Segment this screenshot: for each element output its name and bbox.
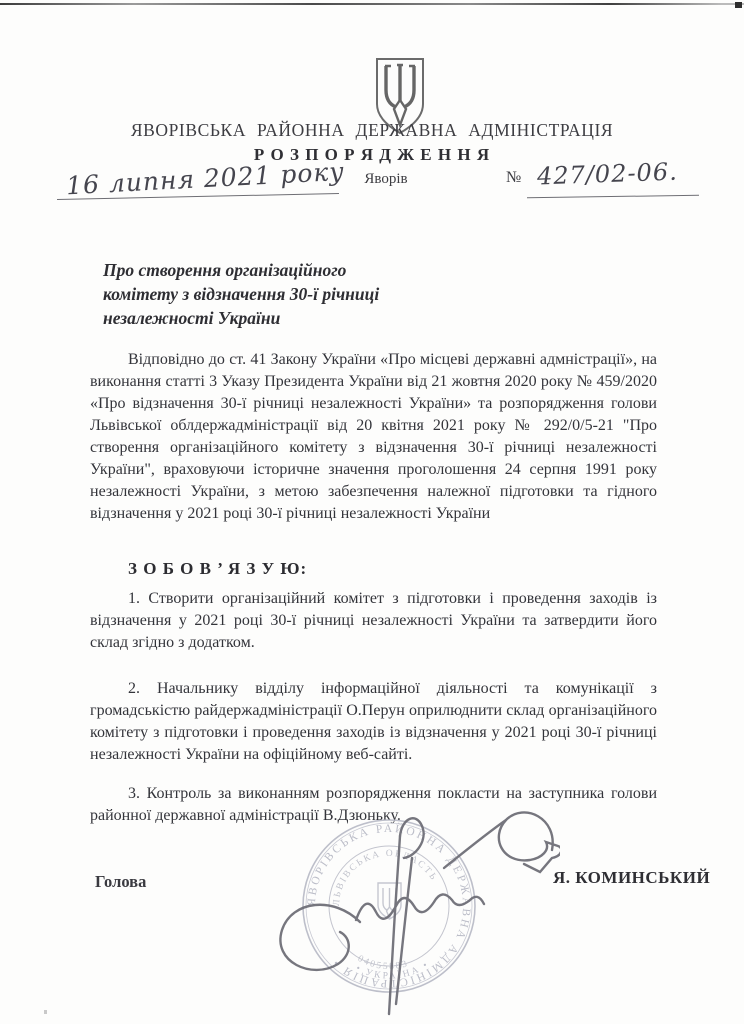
signer-name: Я. КОМИНСЬКИЙ: [553, 868, 710, 888]
scan-speckle: [44, 1010, 47, 1014]
number-sign: №: [506, 169, 521, 187]
preamble-paragraph: Відповідно до ст. 41 Закону України «Про…: [90, 349, 657, 525]
resolve-word: З О Б О В ’ Я З У Ю:: [128, 559, 307, 579]
document-title: Про створення організаційного комітету з…: [103, 258, 443, 330]
number-underline: [527, 195, 699, 198]
order-item-2: 2. Начальнику відділу інформаційної діял…: [90, 678, 657, 766]
scan-corner-artifact: [735, 2, 742, 8]
place-name: Яворів: [336, 171, 436, 188]
signer-position-label: Голова: [95, 872, 146, 892]
document-title-line: комітету з відзначення 30-ї річниці: [103, 282, 443, 306]
signature-scribble: [240, 800, 560, 1024]
organization-name: ЯВОРІВСЬКА РАЙОННА ДЕРЖАВНА АДМІНІСТРАЦІ…: [0, 120, 744, 141]
scanned-document-page: ЯВОРІВСЬКА РАЙОННА ДЕРЖАВНА АДМІНІСТРАЦІ…: [0, 0, 744, 1024]
order-item-1: 1. Створити організаційний комітет з під…: [90, 588, 657, 654]
document-title-line: незалежності України: [103, 306, 443, 330]
handwritten-document-number: 427/02-06.: [537, 158, 679, 191]
document-title-line: Про створення організаційного: [103, 258, 443, 282]
scan-edge-artifact: [0, 3, 744, 5]
